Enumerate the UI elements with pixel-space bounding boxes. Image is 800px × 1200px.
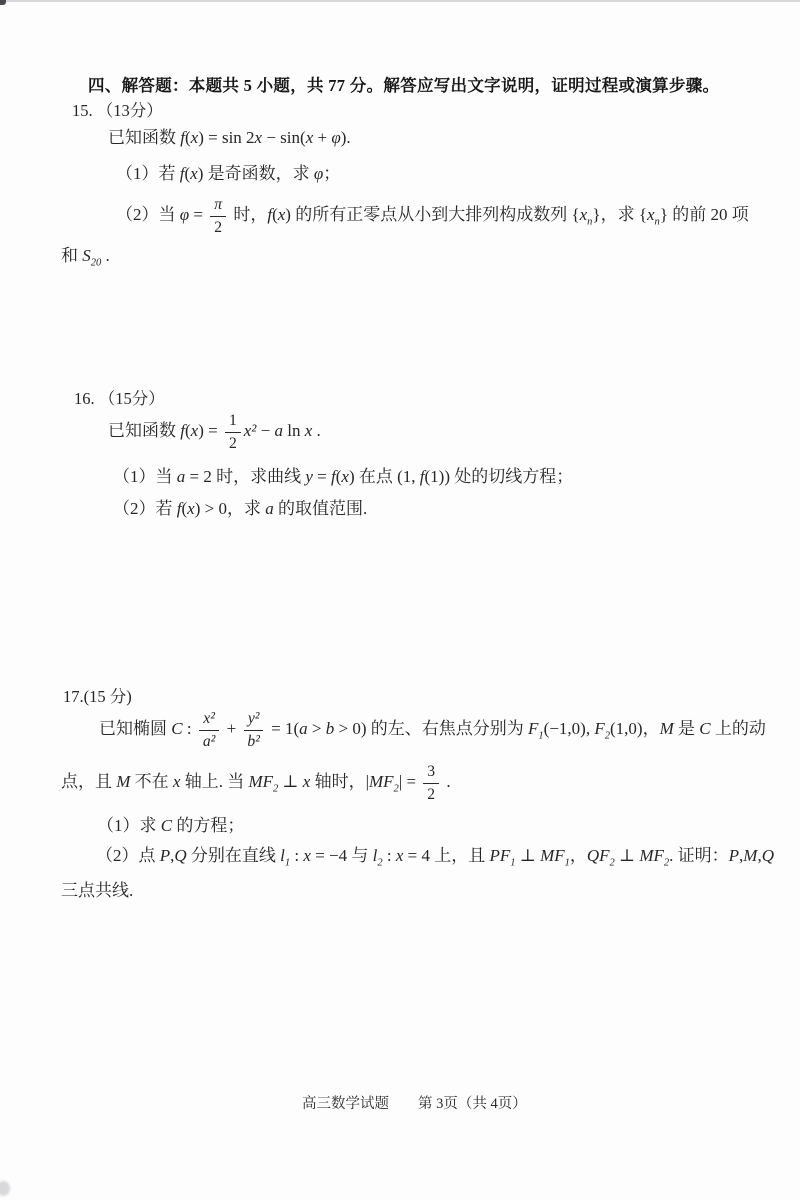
scan-artifact-top-line: [0, 0, 800, 2]
question-17-part-2-continuation: 三点共线.: [61, 880, 133, 903]
math-variable: a: [275, 421, 284, 440]
section-header: 四、解答题：本题共 5 小题，共 77 分。解答应写出文字说明，证明过程或演算步…: [88, 75, 719, 97]
question-17-label: 17.(15 分): [63, 686, 132, 708]
text-token: 已知椭圆: [99, 719, 171, 738]
math-variable: a: [299, 719, 308, 738]
text-token: ) = sin 2: [198, 128, 254, 147]
text-token: ) 在点 (1,: [349, 467, 420, 486]
text-token: ) 的所有正零点从小到大排列构成数列 {: [285, 205, 579, 224]
text-token: ⊥: [516, 846, 541, 865]
fraction-denominator: 2: [210, 217, 226, 237]
scan-artifact-corner-dot: [0, 0, 6, 5]
fraction-numerator: 3: [423, 763, 439, 784]
math-variable: MF: [369, 772, 394, 791]
text-token: +: [222, 719, 240, 738]
text-token: (−1,0),: [544, 719, 595, 738]
math-variable: y: [305, 467, 313, 486]
fraction-denominator: 2: [225, 433, 241, 453]
math-fraction: y²b²: [243, 710, 264, 750]
page-footer: 高三数学试题 第 3页（共 4页）: [302, 1092, 527, 1113]
text-token: 的取值范围.: [274, 499, 368, 518]
text-token: −: [256, 421, 274, 440]
math-variable: F: [528, 719, 538, 738]
question-15-part-1: （1）若 f(x) 是奇函数，求 φ；: [116, 163, 340, 186]
text-token: ；: [323, 164, 340, 183]
math-variable: M: [660, 719, 674, 738]
math-variable: x: [647, 205, 655, 224]
math-variable: P: [160, 846, 170, 865]
question-17-part-2: （2）点 P,Q 分别在直线 l1 : x = −4 与 l2 : x = 4 …: [96, 845, 774, 868]
math-variable: φ: [314, 164, 323, 183]
question-16-part-1: （1）当 a = 2 时，求曲线 y = f(x) 在点 (1, f(1)) 处…: [113, 466, 573, 489]
text-token: 已知函数: [108, 421, 180, 440]
text-token: ).: [341, 128, 351, 147]
text-token: 不在: [130, 772, 173, 791]
math-variable: x²: [244, 421, 257, 440]
question-17-stem-line-2: 点，且 M 不在 x 轴上. 当 MF2 ⊥ x 轴时，|MF2| = 32 .: [61, 763, 451, 803]
math-variable: C: [699, 719, 710, 738]
math-variable: QF: [587, 846, 610, 865]
math-variable: MF: [540, 846, 565, 865]
math-subscript: 20: [91, 257, 102, 268]
math-fraction: π2: [210, 196, 226, 236]
fraction-numerator: 1: [225, 412, 241, 433]
text-token: （2）点: [96, 846, 160, 865]
text-token: 时，: [229, 205, 267, 224]
fraction-denominator: 2: [423, 784, 439, 804]
question-17-part-1: （1）求 C 的方程；: [97, 815, 244, 838]
math-variable: M: [116, 772, 130, 791]
fraction-denominator: b²: [243, 731, 264, 751]
fraction-numerator: y²: [244, 710, 264, 731]
text-token: }，求 {: [592, 205, 647, 224]
text-token: 点，且: [61, 772, 116, 791]
text-token: = 4 上，且: [403, 846, 489, 865]
text-token: :: [290, 846, 303, 865]
math-variable: x: [303, 846, 311, 865]
question-16-part-2: （2）若 f(x) > 0，求 a 的取值范围.: [113, 498, 367, 521]
math-variable: x: [255, 128, 263, 147]
question-15-label: 15. （13分）: [72, 100, 163, 122]
text-token: > 0) 的左、右焦点分别为: [334, 719, 528, 738]
math-variable: x: [341, 467, 349, 486]
text-token: (1,0)，: [610, 719, 660, 738]
text-token: （1）求: [97, 816, 161, 835]
text-token: +: [313, 128, 331, 147]
math-variable: PF: [490, 846, 511, 865]
text-token: 轴上. 当: [180, 772, 248, 791]
text-token: ⊥: [278, 772, 303, 791]
text-token: = −4 与: [311, 846, 373, 865]
math-variable: b: [326, 719, 335, 738]
text-token: 是: [674, 719, 700, 738]
math-fraction: x²a²: [199, 710, 220, 750]
math-variable: C: [171, 719, 182, 738]
text-token: 三点共线.: [61, 881, 133, 900]
math-variable: MF: [248, 772, 273, 791]
text-token: − sin(: [262, 128, 306, 147]
math-variable: Q: [174, 846, 186, 865]
text-token: >: [308, 719, 326, 738]
text-token: ln: [283, 421, 305, 440]
question-16-label: 16. （15分）: [74, 388, 165, 410]
math-variable: φ: [331, 128, 340, 147]
text-token: (1)) 处的切线方程；: [425, 467, 574, 486]
text-token: ⊥: [615, 846, 640, 865]
math-fraction: 32: [423, 763, 439, 803]
math-variable: F: [594, 719, 604, 738]
text-token: .: [101, 246, 110, 265]
question-16-stem: 已知函数 f(x) = 12x² − a ln x .: [108, 412, 321, 452]
text-token: 和: [61, 246, 82, 265]
text-token: （1）当: [113, 467, 177, 486]
question-15-part-2: （2）当 φ = π2 时，f(x) 的所有正零点从小到大排列构成数列 {xn}…: [116, 196, 749, 236]
math-fraction: 12: [225, 412, 241, 452]
scan-artifact-bottom-smudge: [0, 1181, 10, 1196]
question-15-part-2-continuation: 和 S20 .: [61, 245, 110, 268]
text-token: :: [183, 719, 196, 738]
text-token: .: [442, 772, 451, 791]
math-variable: x: [190, 164, 198, 183]
math-variable: a: [265, 499, 274, 518]
text-token: =: [313, 467, 331, 486]
text-token: （2）若: [113, 499, 177, 518]
text-token: 的方程；: [172, 816, 244, 835]
text-token: 分别在直线: [187, 846, 281, 865]
math-variable: a: [177, 467, 186, 486]
math-variable: x: [187, 499, 195, 518]
math-variable: M: [743, 846, 757, 865]
text-token: （2）当: [116, 205, 180, 224]
fraction-denominator: a²: [199, 731, 220, 751]
text-token: = 1(: [267, 719, 299, 738]
fraction-numerator: π: [210, 196, 226, 217]
math-variable: S: [82, 246, 91, 265]
math-variable: Q: [762, 846, 774, 865]
text-token: ，: [570, 846, 587, 865]
math-variable: MF: [639, 846, 664, 865]
fraction-numerator: x²: [199, 710, 219, 731]
text-token: =: [189, 205, 207, 224]
math-variable: P: [729, 846, 739, 865]
text-token: .: [312, 421, 321, 440]
math-variable: C: [161, 816, 172, 835]
math-variable: φ: [180, 205, 189, 224]
text-token: 已知函数: [108, 128, 180, 147]
question-15-stem: 已知函数 f(x) = sin 2x − sin(x + φ).: [108, 127, 351, 150]
question-17-stem-line-1: 已知椭圆 C : x²a² + y²b² = 1(a > b > 0) 的左、右…: [99, 710, 766, 750]
text-token: 上的动: [711, 719, 766, 738]
text-token: = 2 时，求曲线: [185, 467, 305, 486]
text-token: 轴时，|: [310, 772, 369, 791]
text-token: （1）若: [116, 164, 180, 183]
exam-page: 四、解答题：本题共 5 小题，共 77 分。解答应写出文字说明，证明过程或演算步…: [0, 0, 800, 1200]
text-token: | =: [399, 772, 421, 791]
text-token: ) 是奇函数，求: [198, 164, 314, 183]
text-token: ) =: [198, 421, 222, 440]
text-token: ) > 0，求: [195, 499, 266, 518]
text-token: . 证明：: [669, 846, 729, 865]
text-token: :: [383, 846, 396, 865]
text-token: } 的前 20 项: [660, 205, 749, 224]
